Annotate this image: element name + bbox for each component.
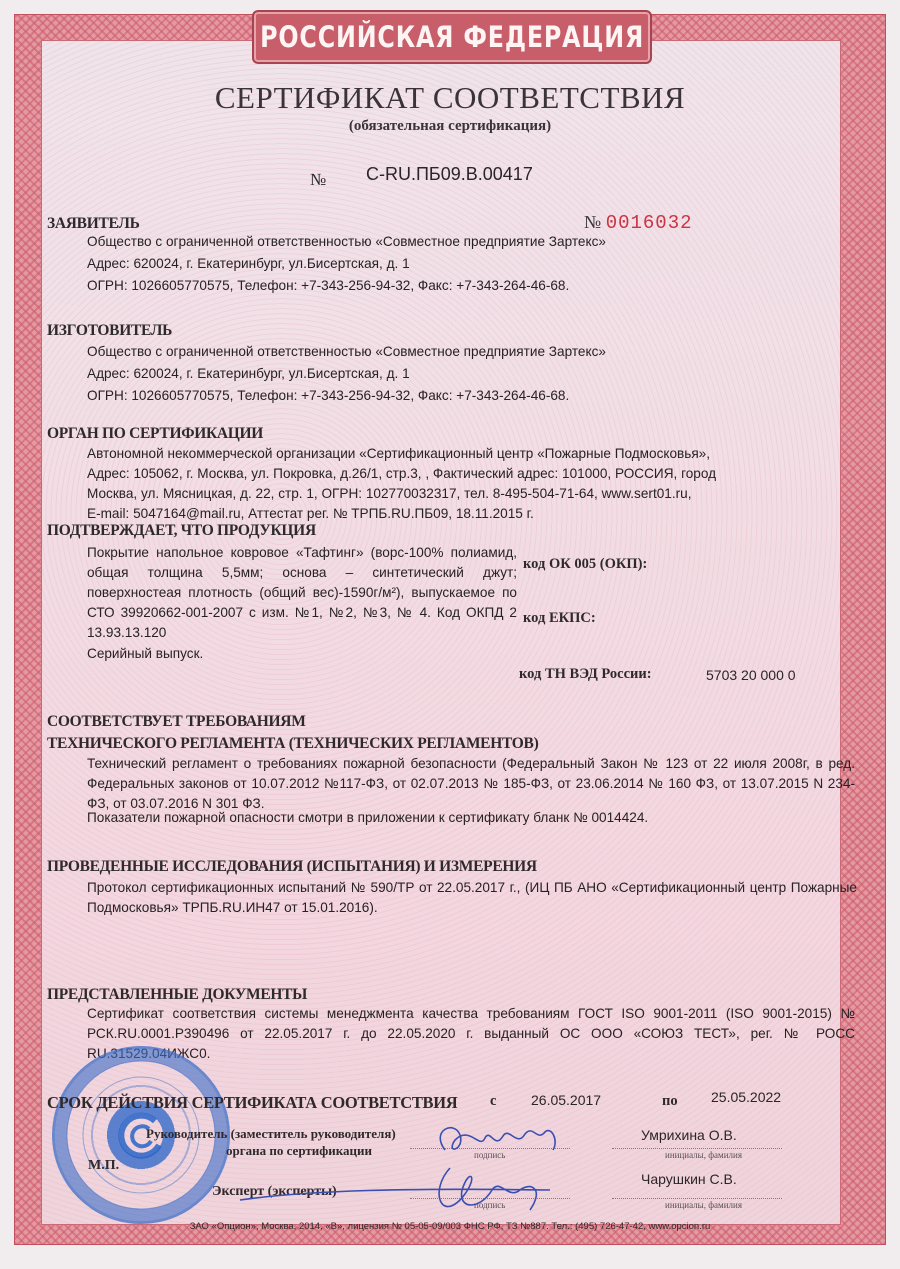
certificate-subtitle: (обязательная сертификация) [0, 118, 900, 135]
head-signature-icon [425, 1120, 575, 1162]
product-heading: ПОДТВЕРЖДАЕТ, ЧТО ПРОДУКЦИЯ [47, 522, 316, 540]
tests-heading: ПРОВЕДЕННЫЕ ИССЛЕДОВАНИЯ (ИСПЫТАНИЯ) И И… [47, 858, 537, 876]
manufacturer-address: Адрес: 620024, г. Екатеринбург, ул.Бисер… [87, 364, 410, 384]
country-banner: РОССИЙСКАЯ ФЕДЕРАЦИЯ [252, 10, 652, 64]
head-signatory-name: Умрихина О.В. [641, 1127, 737, 1143]
code-tnved-value: 5703 20 000 0 [706, 667, 796, 683]
certificate-number: C-RU.ПБ09.В.00417 [366, 164, 533, 185]
validity-to-date: 25.05.2022 [711, 1089, 781, 1105]
certificate-title: СЕРТИФИКАТ СООТВЕТСТВИЯ [0, 80, 900, 116]
manufacturer-heading: ИЗГОТОВИТЕЛЬ [47, 322, 172, 340]
head-signatory-label: Руководитель (заместитель руководителя) [146, 1126, 396, 1142]
compliance-heading: СООТВЕТСТВУЕТ ТРЕБОВАНИЯМ [47, 713, 306, 731]
validity-from-label: с [490, 1093, 496, 1110]
tests-text: Протокол сертификационных испытаний № 59… [87, 878, 857, 918]
expert-signature-icon [230, 1160, 560, 1224]
number-sign: № [310, 170, 326, 190]
code-tnved-label: код ТН ВЭД России: [519, 666, 652, 683]
blank-number: № 0016032 [584, 212, 693, 234]
compliance-note: Показатели пожарной опасности смотри в п… [87, 808, 648, 828]
applicant-address: Адрес: 620024, г. Екатеринбург, ул.Бисер… [87, 254, 410, 274]
applicant-contacts: ОГРН: 1026605770575, Телефон: +7-343-256… [87, 276, 569, 296]
certification-body-line-4: E-mail: 5047164@mail.ru, Аттестат рег. №… [87, 504, 534, 524]
code-ekps-label: код ЕКПС: [523, 610, 596, 627]
applicant-heading: ЗАЯВИТЕЛЬ [47, 215, 140, 233]
documents-heading: ПРЕДСТАВЛЕННЫЕ ДОКУМЕНТЫ [47, 986, 307, 1004]
certification-body-heading: ОРГАН ПО СЕРТИФИКАЦИИ [47, 425, 263, 443]
name-caption-head: инициалы, фамилия [665, 1150, 742, 1160]
name-line-expert [612, 1198, 782, 1199]
validity-heading: СРОК ДЕЙСТВИЯ СЕРТИФИКАТА СООТВЕТСТВИЯ [47, 1093, 457, 1113]
applicant-name: Общество с ограниченной ответственностью… [87, 232, 606, 252]
validity-from-date: 26.05.2017 [531, 1092, 601, 1108]
seal-place-label: М.П. [88, 1158, 119, 1174]
manufacturer-contacts: ОГРН: 1026605770575, Телефон: +7-343-256… [87, 386, 569, 406]
certification-body-line-3: Москва, ул. Мясницкая, д. 22, стр. 1, ОГ… [87, 484, 691, 504]
certification-body-line-2: Адрес: 105062, г. Москва, ул. Покровка, … [87, 464, 716, 484]
banner-text: РОССИЙСКАЯ ФЕДЕРАЦИЯ [260, 20, 644, 54]
head-signatory-label-2: органа по сертификации [226, 1143, 372, 1159]
blank-number-value: 0016032 [606, 212, 693, 234]
name-caption-expert: инициалы, фамилия [665, 1200, 742, 1210]
expert-name: Чарушкин С.В. [641, 1171, 737, 1187]
name-line-head [612, 1148, 782, 1149]
product-description: Покрытие напольное ковровое «Тафтинг» (в… [87, 543, 517, 643]
compliance-text: Технический регламент о требованиях пожа… [87, 754, 855, 814]
manufacturer-name: Общество с ограниченной ответственностью… [87, 342, 606, 362]
certification-body-line-1: Автономной некоммерческой организации «С… [87, 444, 710, 464]
code-okp-label: код ОК 005 (ОКП): [523, 556, 647, 573]
product-serial: Серийный выпуск. [87, 644, 203, 664]
regulation-heading: ТЕХНИЧЕСКОГО РЕГЛАМЕНТА (ТЕХНИЧЕСКИХ РЕГ… [47, 735, 538, 753]
validity-to-label: по [662, 1093, 678, 1110]
printer-footer: ЗАО «Опцион», Москва, 2014, «В», лицензи… [0, 1221, 900, 1232]
